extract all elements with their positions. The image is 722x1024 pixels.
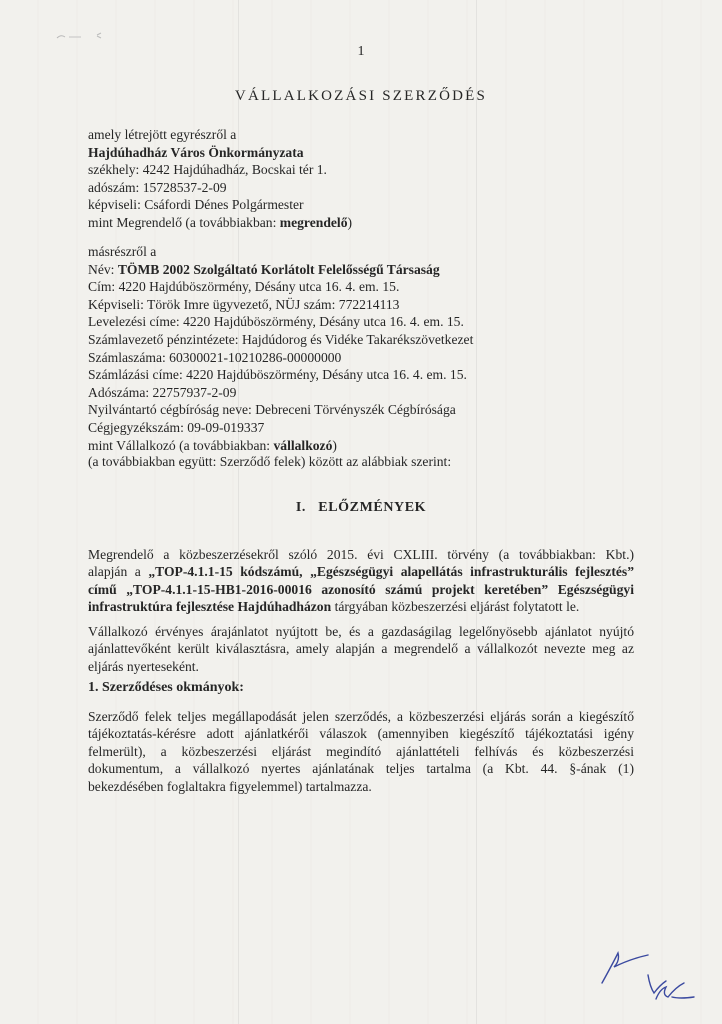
contractor-account-number: Számlaszáma: 60300021-10210286-00000000 [88, 349, 473, 367]
document-title: VÁLLALKOZÁSI SZERZŐDÉS [0, 88, 722, 105]
client-tax-number: adószám: 15728537-2-09 [88, 179, 352, 197]
preliminaries-paragraph-2: Vállalkozó érvényes árajánlatot nyújtott… [88, 623, 634, 675]
page-number: 1 [0, 44, 722, 60]
client-role: mint Megrendelő (a továbbiakban: megrend… [88, 214, 352, 232]
scanned-page: 1 VÁLLALKOZÁSI SZERZŐDÉS amely létrejött… [0, 0, 722, 1024]
contractor-address: Cím: 4220 Hajdúböszörmény, Désány utca 1… [88, 278, 473, 296]
preliminaries-paragraph-1: Megrendelő a közbeszerzésekről szóló 201… [88, 546, 634, 616]
client-party-block: amely létrejött egyrészről a Hajdúhadház… [88, 126, 352, 232]
contractor-registration-number: Cégjegyzékszám: 09-09-019337 [88, 419, 473, 437]
contractor-court: Nyilvántartó cégbíróság neve: Debreceni … [88, 401, 473, 419]
contractor-mailing-address: Levelezési címe: 4220 Hajdúböszörmény, D… [88, 313, 473, 331]
client-intro: amely létrejött egyrészről a [88, 126, 352, 144]
contractor-role: mint Vállalkozó (a továbbiakban: vállalk… [88, 437, 473, 455]
client-representative: képviseli: Csáfordi Dénes Polgármester [88, 196, 352, 214]
contractor-billing-address: Számlázási címe: 4220 Hajdúböszörmény, D… [88, 366, 473, 384]
contractor-bank: Számlavezető pénzintézete: Hajdúdorog és… [88, 331, 473, 349]
contractor-party-block: másrészről a Név: TÖMB 2002 Szolgáltató … [88, 243, 473, 454]
subsection-heading-contract-documents: 1. Szerződéses okmányok: [88, 680, 244, 696]
parties-closing: (a továbbiakban együtt: Szerződő felek) … [88, 453, 451, 471]
signature-initials-icon [590, 935, 710, 1015]
section-heading-preliminaries: I. ELŐZMÉNYEK [0, 500, 722, 516]
client-seat: székhely: 4242 Hajdúhadház, Bocskai tér … [88, 161, 352, 179]
contractor-intro: másrészről a [88, 243, 473, 261]
contractor-tax-number: Adószáma: 22757937-2-09 [88, 384, 473, 402]
client-name: Hajdúhadház Város Önkormányzata [88, 144, 352, 162]
scan-mark-icon [55, 30, 115, 42]
contractor-representative: Képviseli: Török Imre ügyvezető, NÜJ szá… [88, 296, 473, 314]
contract-documents-paragraph: Szerződő felek teljes megállapodását jel… [88, 708, 634, 795]
contractor-name: Név: TÖMB 2002 Szolgáltató Korlátolt Fel… [88, 261, 473, 279]
